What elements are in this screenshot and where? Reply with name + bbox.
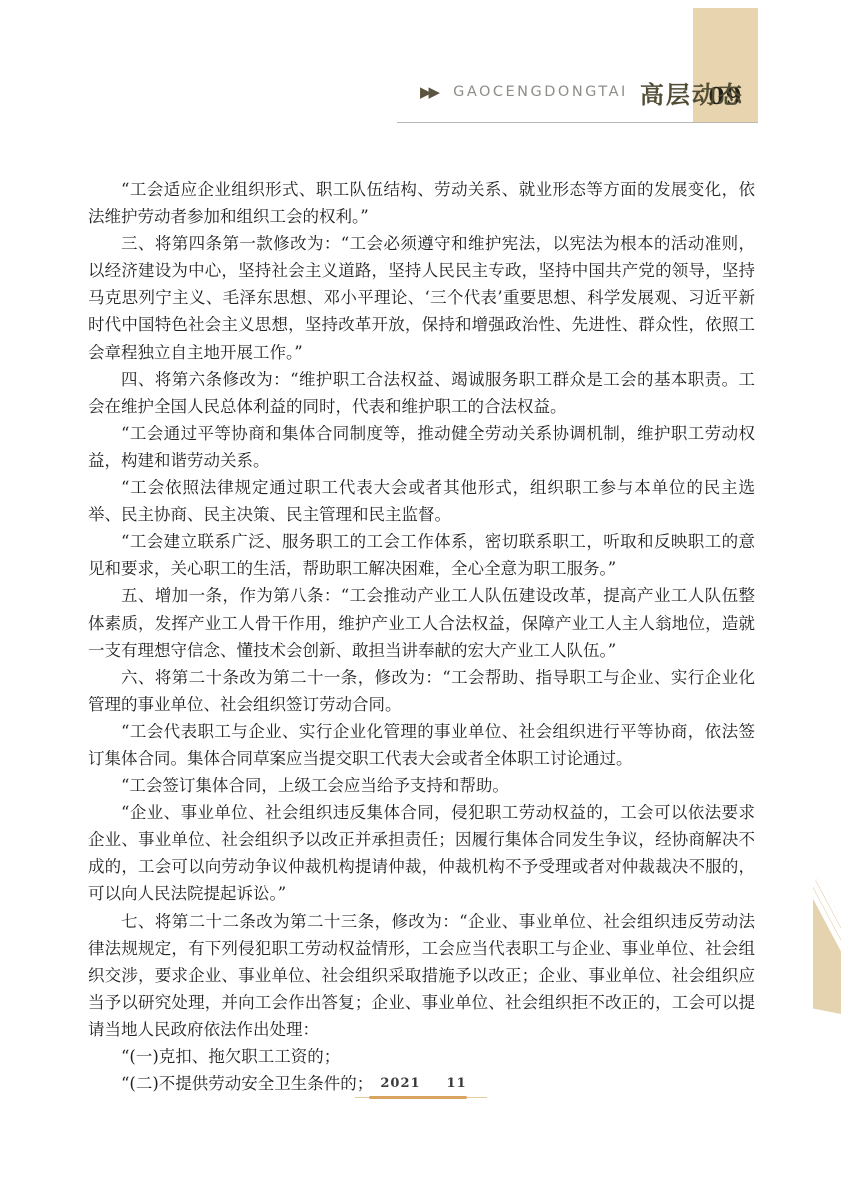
footer-divider [361,1096,481,1100]
paragraph: “工会建立联系广泛、服务职工的工会工作体系，密切联系职工，听取和反映职工的意见和… [88,528,755,582]
chevron-ribbon-decoration [813,876,841,1014]
paragraph: 三、将第四条第一款修改为：“工会必须遵守和维护宪法，以宪法为根本的活动准则，以经… [88,230,755,365]
footer-line-thick [369,1096,467,1099]
paragraph: “企业、事业单位、社会组织违反集体合同，侵犯职工劳动权益的，工会可以依法要求企业… [88,799,755,907]
section-title: 高层动态 [640,75,744,110]
paragraph: 七、将第二十二条改为第二十三条，修改为：“企业、事业单位、社会组织违反劳动法律法… [88,908,755,1043]
issue-info: 2021 11 [380,1076,466,1091]
double-arrow-icon: ▶▶ [420,85,437,100]
paragraph: “工会签订集体合同，上级工会应当给予支持和帮助。 [88,772,755,799]
article-body: “工会适应企业组织形式、职工队伍结构、劳动关系、就业形态等方面的发展变化，依法维… [88,176,755,1097]
issue-number: 11 [447,1076,467,1091]
page-footer: 2021 11 [0,1076,841,1100]
paragraph: “工会代表职工与企业、实行企业化管理的事业单位、社会组织进行平等协商，依法签订集… [88,718,755,772]
paragraph: “工会通过平等协商和集体合同制度等，推动健全劳动关系协调机制，维护职工劳动权益，… [88,420,755,474]
issue-year: 2021 [380,1076,420,1091]
paragraph: “工会依照法律规定通过职工代表大会或者其他形式，组织职工参与本单位的民主选举、民… [88,474,755,528]
magazine-page: 09 ▶▶ GAOCENGDONGTAI 高层动态 “工会适应企业组织形式、职工… [0,0,841,1189]
paragraph: “工会适应企业组织形式、职工队伍结构、劳动关系、就业形态等方面的发展变化，依法维… [88,176,755,230]
paragraph: 五、增加一条，作为第八条：“工会推动产业工人队伍建设改革，提高产业工人队伍整体素… [88,582,755,663]
section-header: ▶▶ GAOCENGDONGTAI 高层动态 [420,76,690,108]
paragraph: 四、将第六条修改为：“维护职工合法权益、竭诚服务职工群众是工会的基本职责。工会在… [88,366,755,420]
paragraph: “(一)克扣、拖欠职工工资的； [88,1043,755,1070]
header-divider [397,122,758,123]
section-kicker-pinyin: GAOCENGDONGTAI [453,84,628,100]
paragraph: 六、将第二十条改为第二十一条，修改为：“工会帮助、指导职工与企业、实行企业化管理… [88,664,755,718]
